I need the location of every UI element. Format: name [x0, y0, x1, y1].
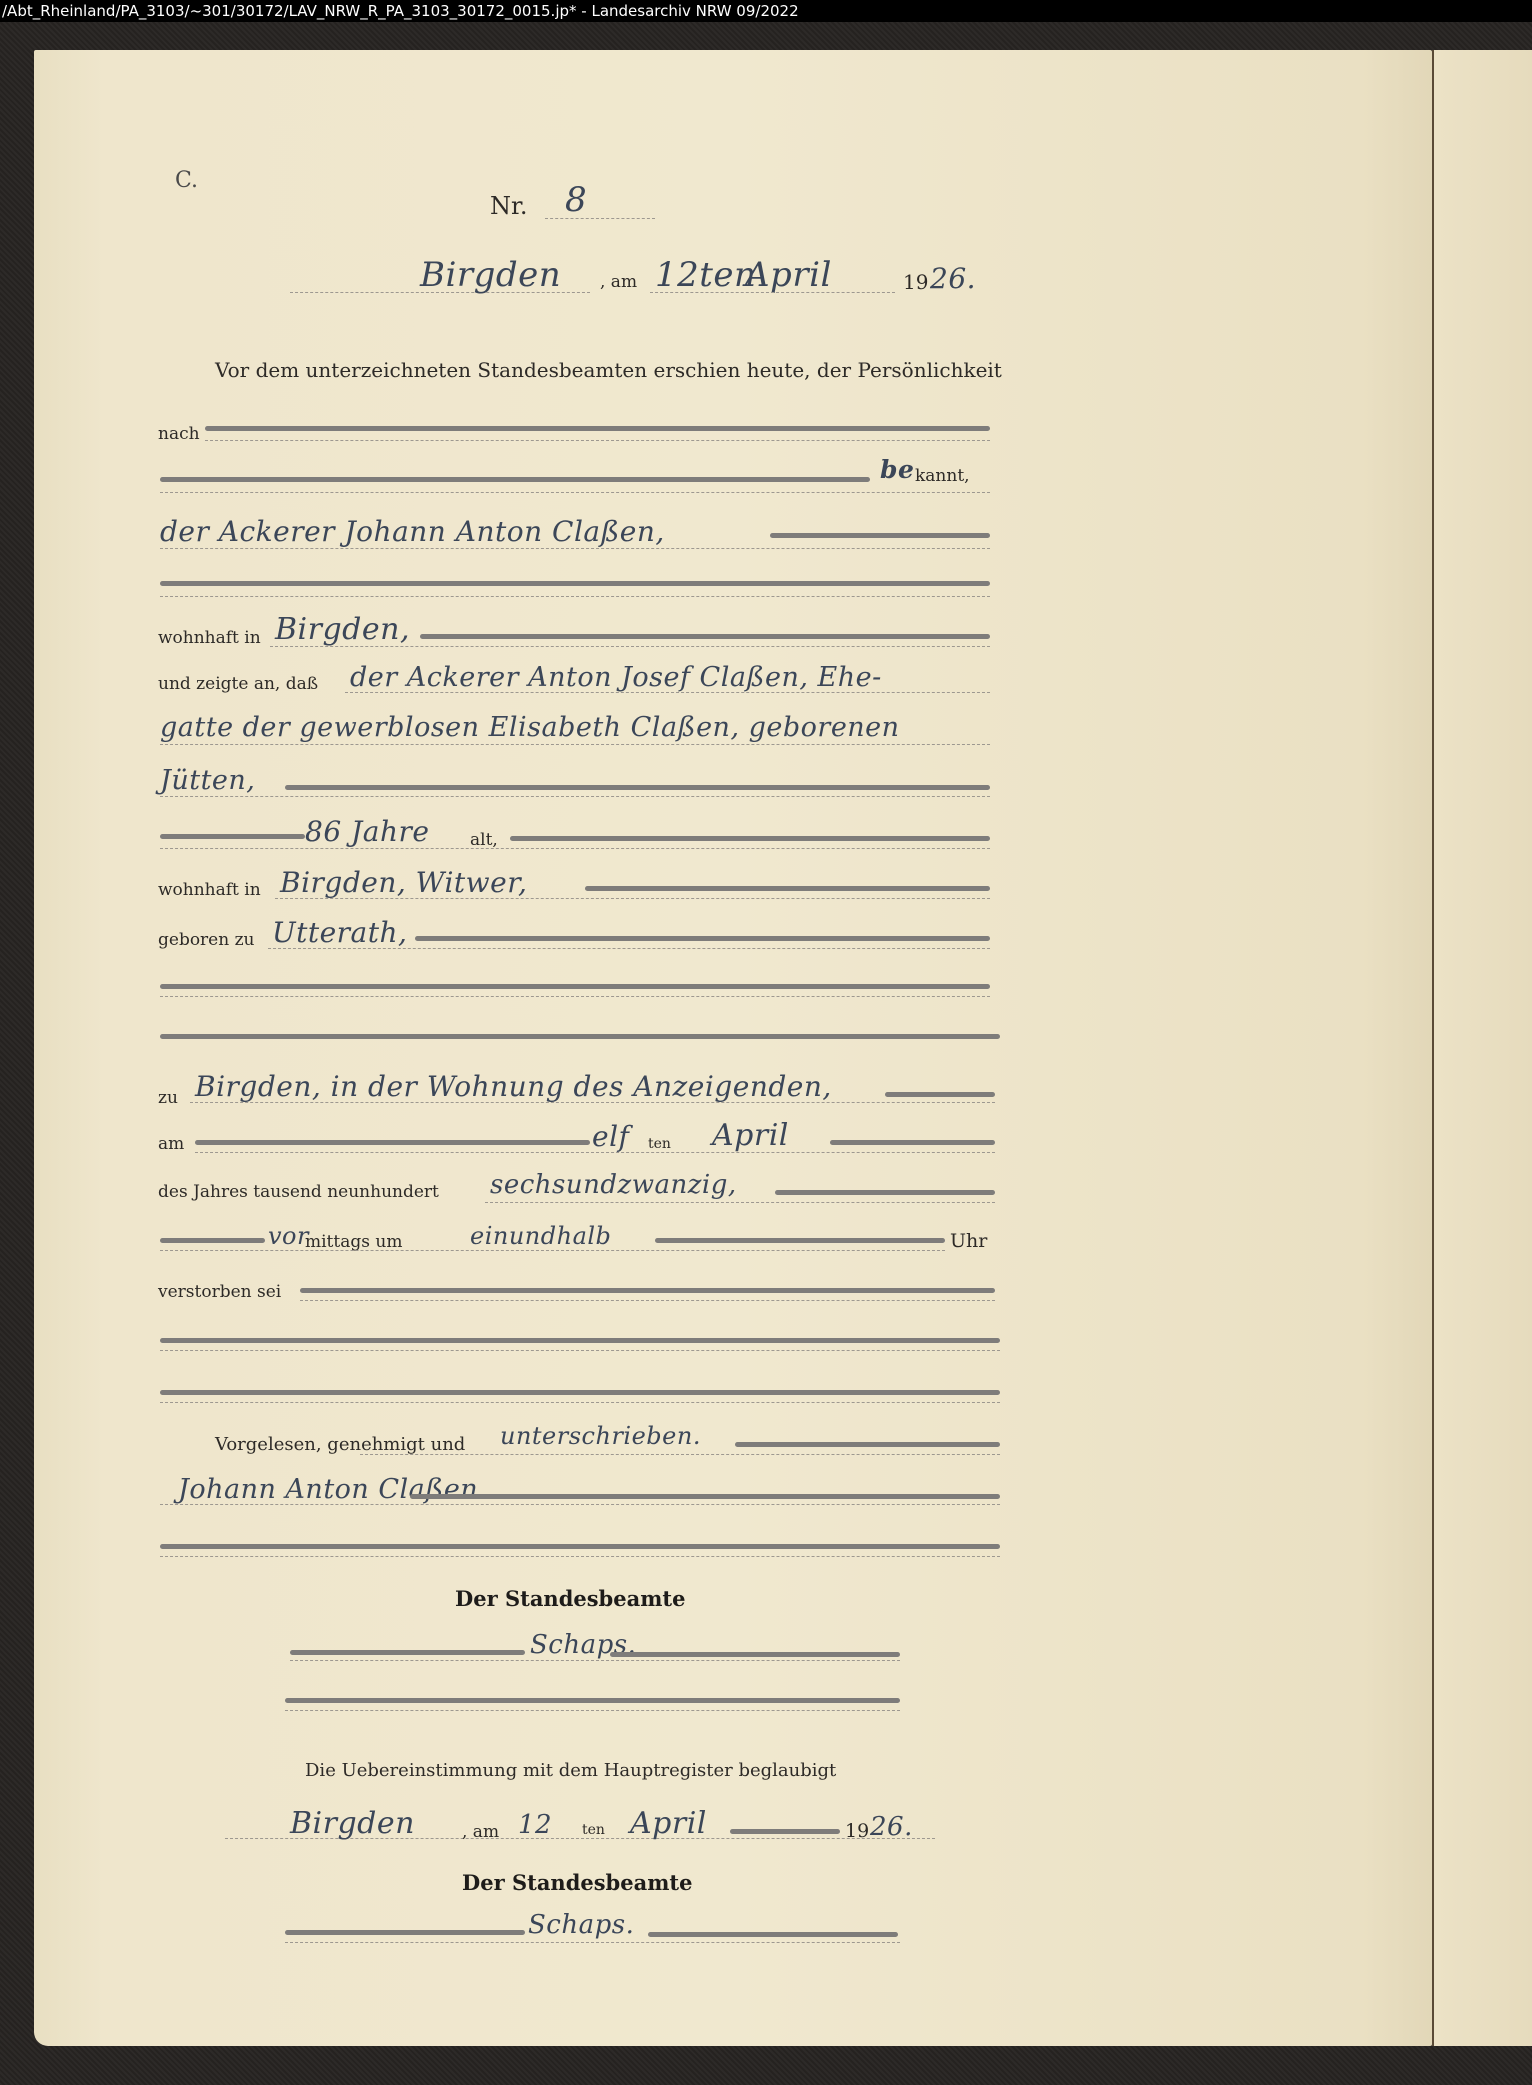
- header-month: April: [745, 255, 832, 295]
- nach-label: nach: [158, 424, 200, 444]
- informant-name: der Ackerer Johann Anton Claßen,: [160, 515, 665, 548]
- blank-fill-rule-1: [160, 581, 990, 586]
- mittags-label: mittags um: [305, 1232, 402, 1252]
- vorgelesen-fill-rule: [735, 1442, 1000, 1447]
- cert-month: April: [630, 1806, 707, 1841]
- am-fill-rule-left: [195, 1140, 590, 1145]
- verstorben-label: verstorben sei: [158, 1282, 281, 1302]
- cert-year-prefix: 19: [845, 1820, 869, 1842]
- blank-dotted-line-6: [160, 1556, 1000, 1557]
- deceased-line-3: Jütten,: [160, 765, 255, 796]
- wohnhaft-dotted-line-1: [270, 646, 990, 647]
- registrar-title-1: Der Standesbeamte: [455, 1586, 686, 1611]
- wohnhaft-fill-rule-1: [420, 634, 990, 639]
- registrar-fill-rule-2-left: [285, 1930, 525, 1935]
- number-label: Nr.: [490, 192, 527, 220]
- jahres-label: des Jahres tausend neunhundert: [158, 1182, 439, 1202]
- page-fold-line: [1432, 50, 1434, 2046]
- jahres-dotted-line: [485, 1202, 995, 1203]
- death-time: einundhalb: [470, 1222, 611, 1250]
- registrar-title-2: Der Standesbeamte: [462, 1870, 693, 1895]
- number-value: 8: [565, 180, 587, 220]
- blank-dotted-line-2: [160, 996, 990, 997]
- time-dotted-line: [160, 1250, 945, 1251]
- informant-fill-rule: [770, 533, 990, 538]
- age-value: 86 Jahre: [305, 815, 429, 848]
- bekannt-dotted-line: [160, 492, 990, 493]
- zu-label: zu: [158, 1088, 178, 1108]
- ten-label: ten: [648, 1136, 671, 1152]
- wohnhaft-label-1: wohnhaft in: [158, 628, 261, 648]
- verstorben-dotted-line: [300, 1300, 995, 1301]
- vorgelesen-value: unterschrieben.: [500, 1422, 701, 1450]
- registrar-dotted-line-1: [290, 1660, 900, 1661]
- blank-dotted-line-1: [160, 596, 990, 597]
- header-day: 12ten: [655, 255, 756, 295]
- uhr-label: Uhr: [950, 1230, 987, 1252]
- deceased-line-2: gatte der gewerblosen Elisabeth Claßen, …: [160, 712, 900, 743]
- bekannt-fill-rule: [160, 477, 870, 482]
- signature-fill-rule: [410, 1494, 1000, 1499]
- bekannt-print: kannt,: [915, 466, 970, 486]
- registrar-signature-2: Schaps.: [528, 1910, 634, 1940]
- alt-label: alt,: [470, 830, 498, 850]
- age-dotted-line: [160, 848, 990, 849]
- wohnhaft-dotted-line-2: [275, 898, 990, 899]
- certification-text: Die Uebereinstimmung mit dem Hauptregist…: [305, 1760, 836, 1781]
- wohnhaft-fill-rule-2: [585, 886, 990, 891]
- time-fill-rule-left: [160, 1238, 265, 1243]
- age-fill-rule-right: [510, 836, 990, 841]
- corner-mark: C.: [175, 168, 198, 193]
- registrar-fill-rule-2-right: [648, 1932, 898, 1937]
- header-year-suffix: 26.: [930, 262, 976, 295]
- blank-fill-rule-6: [160, 1544, 1000, 1549]
- age-fill-rule-left: [160, 834, 305, 839]
- window-title: /Abt_Rheinland/PA_3103/~301/30172/LAV_NR…: [2, 2, 799, 20]
- time-fill-rule-right: [655, 1238, 945, 1243]
- blank-fill-rule-2: [160, 984, 990, 989]
- document-page: [34, 50, 1432, 2046]
- wohnhaft-value-2: Birgden, Witwer,: [280, 866, 527, 899]
- nach-dotted-line: [205, 440, 990, 441]
- informant-signature: Johann Anton Claßen.: [178, 1474, 487, 1505]
- wohnhaft-label-2: wohnhaft in: [158, 880, 261, 900]
- vorgelesen-label: Vorgelesen, genehmigt und: [215, 1434, 465, 1455]
- informant-dotted-line: [160, 548, 990, 549]
- jahres-fill-rule: [775, 1190, 995, 1195]
- am-label: am: [158, 1134, 184, 1154]
- registrar-fill-rule-1b: [285, 1698, 900, 1703]
- vor-hand: vor: [268, 1222, 309, 1250]
- am-fill-rule-right: [830, 1140, 995, 1145]
- blank-dotted-line-4: [160, 1350, 1000, 1351]
- am-dotted-line: [195, 1152, 995, 1153]
- facing-page: [1434, 50, 1532, 2046]
- death-day: elf: [592, 1120, 629, 1153]
- signature-dotted-line: [160, 1504, 1000, 1505]
- geboren-label: geboren zu: [158, 930, 255, 950]
- death-place-dotted-line: [190, 1102, 995, 1103]
- wohnhaft-value-1: Birgden,: [275, 612, 410, 647]
- zeigte-label: und zeigte an, daß: [158, 674, 318, 694]
- vorgelesen-dotted-line: [360, 1454, 1000, 1455]
- registrar-fill-rule-1-left: [290, 1650, 525, 1655]
- window-title-bar: /Abt_Rheinland/PA_3103/~301/30172/LAV_NR…: [0, 0, 1532, 22]
- death-place: Birgden, in der Wohnung des Anzeigenden,: [195, 1070, 832, 1103]
- cert-am-label: , am: [462, 1822, 499, 1842]
- deceased-fill-rule-3: [285, 785, 990, 790]
- date-dotted-line: [650, 292, 895, 293]
- deceased-dotted-line-1: [345, 692, 990, 693]
- geboren-value: Utterath,: [272, 916, 407, 949]
- verstorben-fill-rule: [300, 1288, 995, 1293]
- cert-year-suffix: 26.: [870, 1812, 913, 1842]
- registrar-dotted-line-2: [285, 1942, 900, 1943]
- geboren-dotted-line: [268, 948, 990, 949]
- death-month: April: [712, 1118, 789, 1153]
- blank-fill-rule-4: [160, 1338, 1000, 1343]
- geboren-fill-rule: [415, 936, 990, 941]
- deceased-dotted-line-3: [160, 796, 990, 797]
- registrar-dotted-line-1b: [285, 1710, 900, 1711]
- intro-text: Vor dem unterzeichneten Standesbeamten e…: [215, 358, 1002, 382]
- bekannt-hand: be: [880, 455, 914, 484]
- blank-dotted-line-5: [160, 1402, 1000, 1403]
- blank-fill-rule-3: [160, 1034, 1000, 1039]
- death-year-words: sechsundzwanzig,: [490, 1170, 737, 1200]
- header-place: Birgden: [420, 255, 561, 295]
- header-am-label: , am: [600, 272, 637, 292]
- cert-ten-label: ten: [582, 1822, 605, 1838]
- registrar-fill-rule-1-right: [610, 1652, 900, 1657]
- deceased-dotted-line-2: [160, 744, 990, 745]
- cert-fill-rule: [730, 1829, 840, 1834]
- nach-fill-rule: [205, 426, 990, 431]
- cert-day: 12: [518, 1810, 552, 1840]
- header-year-prefix: 19: [903, 270, 928, 294]
- blank-fill-rule-5: [160, 1390, 1000, 1395]
- number-dotted-line: [545, 218, 655, 219]
- deceased-line-1: der Ackerer Anton Josef Claßen, Ehe-: [350, 662, 882, 693]
- death-place-fill-rule: [885, 1092, 995, 1097]
- cert-place: Birgden: [290, 1806, 415, 1841]
